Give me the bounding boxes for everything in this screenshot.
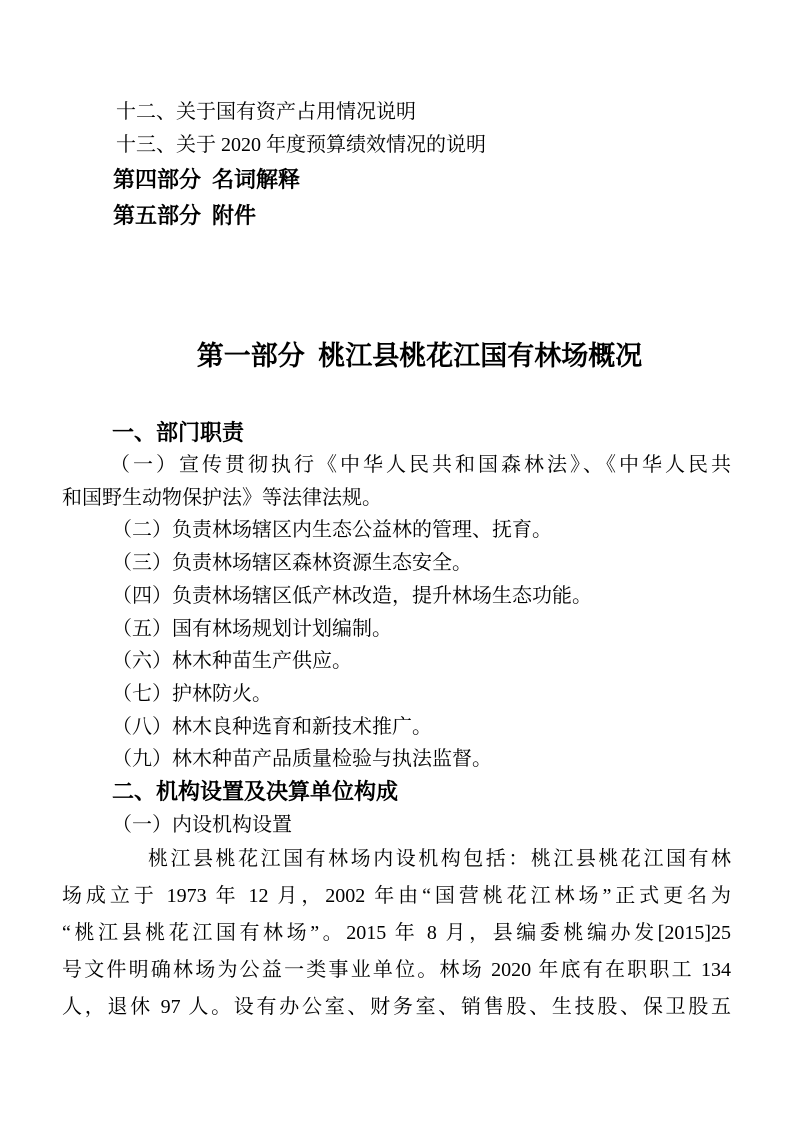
duties-heading: 一、部门职责 xyxy=(62,416,731,449)
duty-item-line: （三）负责林场辖区森林资源生态安全。 xyxy=(62,547,731,580)
duty-item-line: （七）护林防火。 xyxy=(62,678,731,711)
toc-tail: 十二、关于国有资产占用情况说明 十三、关于 2020 年度预算绩效情况的说明 第… xyxy=(62,96,731,234)
toc-item-part-four: 第四部分 名词解释 xyxy=(62,162,731,198)
duty-item-line: （九）林木种苗产品质量检验与执法监督。 xyxy=(62,743,731,776)
org-paragraph: 桃江县桃花江国有林场内设机构包括：桃江县桃花江国有林 场成立于 1973 年 1… xyxy=(62,841,731,1026)
paragraph-line: 桃江县桃花江国有林场内设机构包括：桃江县桃花江国有林 xyxy=(62,841,731,878)
part-title: 第一部分 桃江县桃花江国有林场概况 xyxy=(62,336,731,376)
toc-item-part-five: 第五部分 附件 xyxy=(62,198,731,234)
duty-item-line: （四）负责林场辖区低产林改造，提升林场生态功能。 xyxy=(62,580,731,613)
duties-list: （一）宣传贯彻执行《中华人民共和国森林法》、《中华人民共 和国野生动物保护法》等… xyxy=(62,449,731,776)
paragraph-line: “桃江县桃花江国有林场”。2015 年 8 月，县编委桃编办发[2015]25 xyxy=(62,915,731,952)
toc-item: 十二、关于国有资产占用情况说明 xyxy=(62,96,731,129)
paragraph-line: 人，退休 97 人。设有办公室、财务室、销售股、生技股、保卫股五 xyxy=(62,989,731,1026)
paragraph-line: 号文件明确林场为公益一类事业单位。林场 2020 年底有在职职工 134 xyxy=(62,952,731,989)
org-subheading: （一）内设机构设置 xyxy=(62,809,731,842)
duty-item-line: （八）林木良种选育和新技术推广。 xyxy=(62,711,731,744)
duty-item-line: （一）宣传贯彻执行《中华人民共和国森林法》、《中华人民共 xyxy=(62,449,731,482)
document-content: 十二、关于国有资产占用情况说明 十三、关于 2020 年度预算绩效情况的说明 第… xyxy=(0,0,793,1026)
duty-item-line: （五）国有林场规划计划编制。 xyxy=(62,613,731,646)
duty-item-line: （六）林木种苗生产供应。 xyxy=(62,645,731,678)
toc-item: 十三、关于 2020 年度预算绩效情况的说明 xyxy=(62,129,731,162)
duty-item-line: （二）负责林场辖区内生态公益林的管理、抚育。 xyxy=(62,514,731,547)
duty-item-line: 和国野生动物保护法》等法律法规。 xyxy=(62,482,731,515)
document-page: 十二、关于国有资产占用情况说明 十三、关于 2020 年度预算绩效情况的说明 第… xyxy=(0,0,793,1122)
org-heading: 二、机构设置及决算单位构成 xyxy=(62,776,731,809)
paragraph-line: 场成立于 1973 年 12 月，2002 年由“国营桃花江林场”正式更名为 xyxy=(62,878,731,915)
